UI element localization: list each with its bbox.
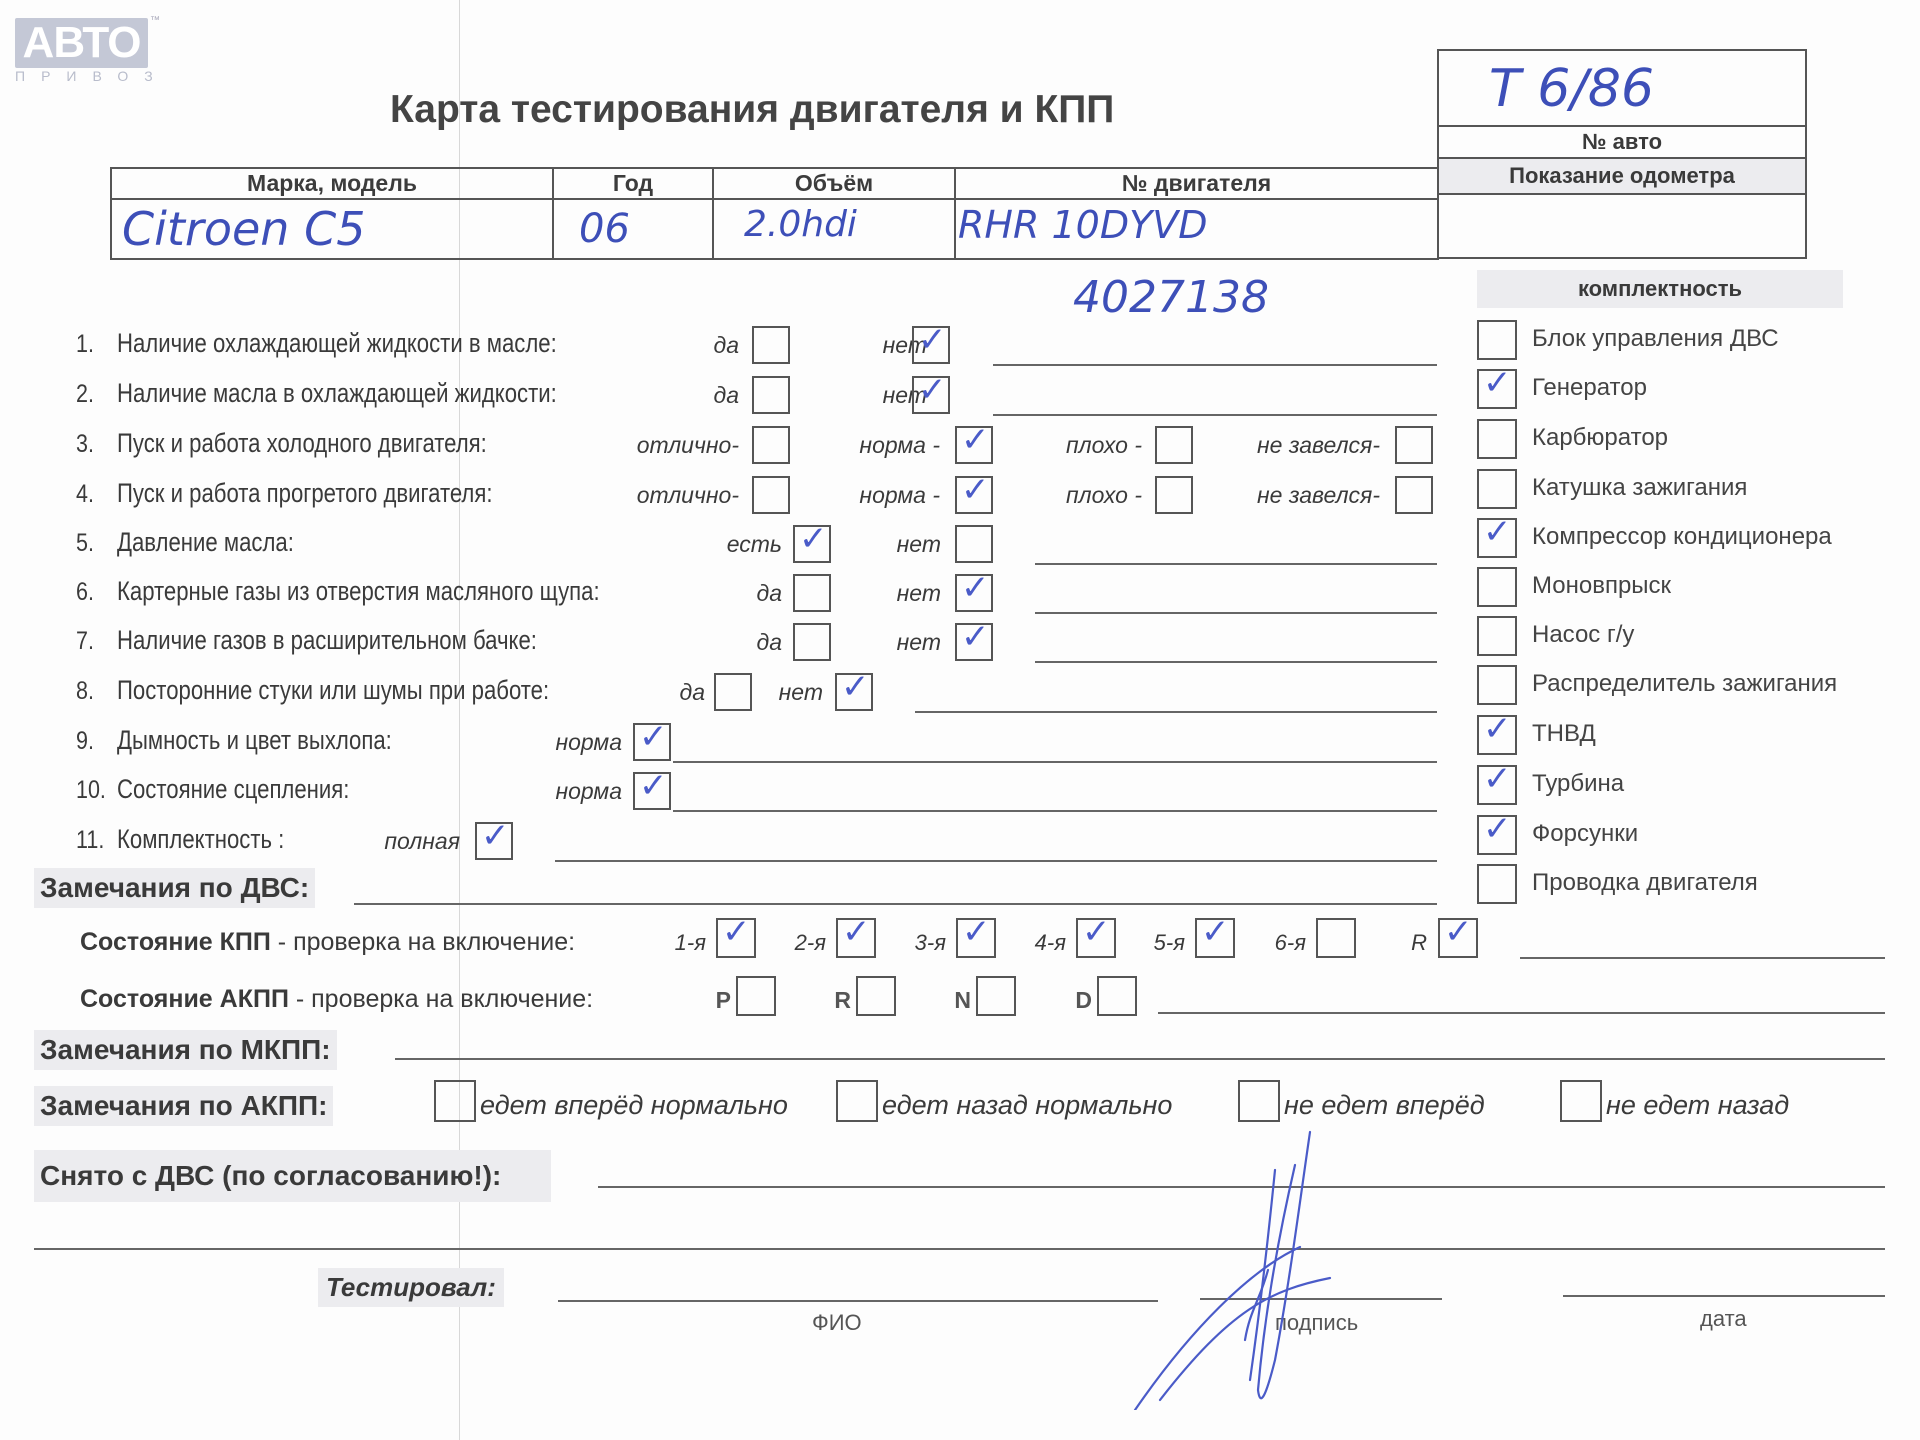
option-label: отлично- <box>584 482 739 509</box>
check-row: 10.Состояние сцепления:норма✓ <box>0 772 1450 812</box>
check-row: 8.Посторонние стуки или шумы при работе:… <box>0 673 1450 713</box>
gear-checkbox-4[interactable]: ✓ <box>1195 918 1235 958</box>
check-number: 6. <box>76 578 94 607</box>
date-caption: дата <box>1700 1306 1747 1332</box>
komplektnost-checkbox[interactable]: ✓ <box>1477 815 1517 855</box>
komplektnost-checkbox[interactable] <box>1477 419 1517 459</box>
check-question: Пуск и работа прогретого двигателя: <box>117 478 492 509</box>
gear-label: 6-я <box>1232 930 1306 956</box>
komplektnost-item[interactable]: ✓ТНВД <box>1477 715 1897 755</box>
checkbox-нет[interactable]: ✓ <box>955 574 993 612</box>
year-field[interactable]: 06 <box>554 200 712 258</box>
gear-checkbox-5[interactable] <box>1316 918 1356 958</box>
option-label: нет <box>786 531 941 558</box>
remarks-dvs-field[interactable] <box>354 903 1437 905</box>
remarks-mkpp-label: Замечания по МКПП: <box>34 1030 337 1070</box>
komplektnost-header: комплектность <box>1477 270 1843 308</box>
komplektnost-item[interactable]: Карбюратор <box>1477 419 1897 459</box>
option-label: да <box>627 580 782 607</box>
gear-checkbox-3[interactable]: ✓ <box>1076 918 1116 958</box>
checkmark-icon: ✓ <box>1483 709 1512 749</box>
komplektnost-label: Проводка двигателя <box>1532 869 1758 897</box>
mode-label: R <box>806 987 851 1014</box>
kpp-notes-field[interactable] <box>1520 957 1885 959</box>
option-label: да <box>584 382 739 409</box>
check-notes-field[interactable] <box>555 860 1437 862</box>
check-number: 1. <box>76 330 94 359</box>
akpp-remark-label: не едет назад <box>1606 1090 1789 1121</box>
checkmark-icon: ✓ <box>1444 912 1473 952</box>
column-header-make-model: Марка, модель <box>112 169 552 198</box>
komplektnost-label: Форсунки <box>1532 820 1638 848</box>
akpp-label: Состояние АКПП - проверка на включение: <box>80 985 593 1014</box>
akpp-remark-checkbox-1[interactable] <box>836 1080 878 1122</box>
page-title: Карта тестирования двигателя и КПП <box>390 88 1114 132</box>
checkmark-icon: ✓ <box>842 912 871 952</box>
komplektnost-checkbox[interactable] <box>1477 469 1517 509</box>
option-label: да <box>627 629 782 656</box>
komplektnost-label: ТНВД <box>1532 720 1596 748</box>
checkmark-icon: ✓ <box>639 717 668 757</box>
check-question: Состояние сцепления: <box>117 774 349 805</box>
check-question: Посторонние стуки или шумы при работе: <box>117 675 549 706</box>
check-row: 11.Комплектность :полная✓ <box>0 822 1450 862</box>
option-label: норма <box>467 778 622 805</box>
checkbox-нет[interactable]: ✓ <box>912 326 950 364</box>
option-label: нет <box>786 629 941 656</box>
komplektnost-label: Турбина <box>1532 770 1624 798</box>
logo: АВТО <box>15 18 148 68</box>
checkmark-icon: ✓ <box>1201 912 1230 952</box>
check-notes-field[interactable] <box>673 810 1437 812</box>
kpp-label: Состояние КПП - проверка на включение: <box>80 928 575 957</box>
vehicle-info-table: Марка, модель Год Объём № двигателя Citr… <box>110 167 1439 260</box>
option-label: полная <box>305 828 460 855</box>
checkbox-плохо[interactable] <box>1155 476 1193 514</box>
column-header-engine-number: № двигателя <box>956 169 1437 198</box>
komplektnost-checkbox[interactable]: ✓ <box>1477 765 1517 805</box>
komplektnost-item[interactable]: Катушка зажигания <box>1477 469 1897 509</box>
check-question: Дымность и цвет выхлопа: <box>117 725 392 756</box>
mode-label: N <box>926 987 971 1014</box>
column-header-volume: Объём <box>714 169 954 198</box>
check-question: Наличие масла в охлаждающей жидкости: <box>117 378 557 409</box>
akpp-mode-checkbox-0[interactable] <box>736 976 776 1016</box>
check-notes-field[interactable] <box>1035 661 1437 663</box>
logo-subtitle: ПРИВОЗ <box>15 68 169 84</box>
remarks-mkpp-field[interactable] <box>395 1058 1885 1060</box>
date-field[interactable] <box>1563 1295 1885 1297</box>
komplektnost-item[interactable]: ✓Форсунки <box>1477 815 1897 855</box>
check-question: Пуск и работа холодного двигателя: <box>117 428 487 459</box>
akpp-mode-checkbox-2[interactable] <box>976 976 1016 1016</box>
checkmark-icon: ✓ <box>961 617 990 657</box>
checkmark-icon: ✓ <box>481 816 510 856</box>
gear-label: 5-я <box>1111 930 1185 956</box>
gear-label: 3-я <box>872 930 946 956</box>
check-row: 1.Наличие охлаждающей жидкости в масле:д… <box>0 326 1450 366</box>
checkmark-icon: ✓ <box>961 470 990 510</box>
tested-by-label: Тестировал: <box>318 1268 504 1307</box>
akpp-remark-checkbox-3[interactable] <box>1560 1080 1602 1122</box>
signature-scribble <box>1100 1110 1420 1410</box>
checkmark-icon: ✓ <box>639 766 668 806</box>
komplektnost-item[interactable]: Распределитель зажигания <box>1477 665 1897 705</box>
checkbox-норма[interactable]: ✓ <box>633 723 671 761</box>
akpp-remark-checkbox-0[interactable] <box>434 1080 476 1122</box>
akpp-mode-checkbox-3[interactable] <box>1097 976 1137 1016</box>
option-label: плохо - <box>987 482 1142 509</box>
checkmark-icon: ✓ <box>1082 912 1111 952</box>
checkmark-icon: ✓ <box>962 912 991 952</box>
komplektnost-label: Компрессор кондиционера <box>1532 523 1832 551</box>
check-number: 9. <box>76 727 94 756</box>
volume-field[interactable]: 2.0hdi <box>714 200 954 258</box>
vehicle-number-field[interactable]: T 6/86 <box>1489 59 1654 119</box>
gear-label: 1-я <box>632 930 706 956</box>
checkmark-icon: ✓ <box>961 420 990 460</box>
checkbox-незавелся[interactable] <box>1395 426 1433 464</box>
komplektnost-checkbox[interactable] <box>1477 665 1517 705</box>
check-number: 7. <box>76 627 94 656</box>
komplektnost-item[interactable]: ✓Компрессор кондиционера <box>1477 518 1897 558</box>
checkbox-нет[interactable]: ✓ <box>835 673 873 711</box>
check-notes-field[interactable] <box>915 711 1437 713</box>
option-label: отлично- <box>584 432 739 459</box>
komplektnost-checkbox[interactable]: ✓ <box>1477 518 1517 558</box>
check-row: 6.Картерные газы из отверстия масляного … <box>0 574 1450 614</box>
checkbox-нет[interactable]: ✓ <box>955 623 993 661</box>
option-label: нет <box>772 382 927 409</box>
komplektnost-label: Распределитель зажигания <box>1532 670 1837 698</box>
checkmark-icon: ✓ <box>1483 363 1512 403</box>
check-notes-field[interactable] <box>993 414 1437 416</box>
checkmark-icon: ✓ <box>841 667 870 707</box>
logo-trademark: ™ <box>150 15 160 26</box>
check-notes-field[interactable] <box>673 761 1437 763</box>
check-question: Комплектность : <box>117 824 284 855</box>
komplektnost-item[interactable]: Проводка двигателя <box>1477 864 1897 904</box>
option-label: плохо - <box>987 432 1142 459</box>
option-label: норма - <box>785 482 940 509</box>
checkbox-незавелся[interactable] <box>1395 476 1433 514</box>
option-label: норма - <box>785 432 940 459</box>
komplektnost-checkbox[interactable]: ✓ <box>1477 715 1517 755</box>
gear-checkbox-6[interactable]: ✓ <box>1438 918 1478 958</box>
komplektnost-checkbox[interactable] <box>1477 567 1517 607</box>
check-number: 4. <box>76 480 94 509</box>
komplektnost-checkbox[interactable] <box>1477 320 1517 360</box>
komplektnost-label: Насос г/у <box>1532 621 1634 649</box>
check-number: 5. <box>76 529 94 558</box>
check-question: Давление масла: <box>117 527 294 558</box>
komplektnost-item[interactable]: ✓Генератор <box>1477 369 1897 409</box>
check-notes-field[interactable] <box>1035 563 1437 565</box>
column-header-year: Год <box>554 169 712 198</box>
check-question: Картерные газы из отверстия масляного щу… <box>117 576 600 607</box>
checkmark-icon: ✓ <box>961 568 990 608</box>
komplektnost-label: Карбюратор <box>1532 424 1668 452</box>
option-label: нет <box>668 679 823 706</box>
fio-caption: ФИО <box>812 1310 862 1336</box>
komplektnost-item[interactable]: Насос г/у <box>1477 616 1897 656</box>
checkmark-icon: ✓ <box>918 370 947 410</box>
checkmark-icon: ✓ <box>722 912 751 952</box>
removed-label: Снято с ДВС (по согласованию!): <box>34 1150 551 1202</box>
engine-number-field[interactable]: RHR 10DYVD <box>956 200 1437 258</box>
checkbox-нет[interactable] <box>955 525 993 563</box>
komplektnost-checkbox[interactable]: ✓ <box>1477 369 1517 409</box>
option-label: есть <box>627 531 782 558</box>
akpp-remark-label: едет вперёд нормально <box>480 1090 788 1121</box>
komplektnost-checkbox[interactable] <box>1477 864 1517 904</box>
check-notes-field[interactable] <box>1035 612 1437 614</box>
komplektnost-item[interactable]: Блок управления ДВС <box>1477 320 1897 360</box>
checkmark-icon: ✓ <box>1483 759 1512 799</box>
option-label: нет <box>786 580 941 607</box>
checkbox-плохо[interactable] <box>1155 426 1193 464</box>
make-model-field[interactable]: Citroen C5 <box>112 200 552 258</box>
gear-label: R <box>1353 930 1427 956</box>
vehicle-number-label: № авто <box>1439 129 1805 155</box>
akpp-notes-field[interactable] <box>1158 1012 1885 1014</box>
check-number: 8. <box>76 677 94 706</box>
komplektnost-label: Катушка зажигания <box>1532 474 1747 502</box>
option-label: нет <box>772 332 927 359</box>
check-row: 2.Наличие масла в охлаждающей жидкости:д… <box>0 376 1450 416</box>
removed-field-line2[interactable] <box>34 1248 1885 1250</box>
komplektnost-label: Блок управления ДВС <box>1532 325 1779 353</box>
gear-label: 2-я <box>752 930 826 956</box>
mode-label: D <box>1047 987 1092 1014</box>
komplektnost-label: Моновпрыск <box>1532 572 1671 600</box>
check-number: 10. <box>76 776 106 805</box>
komplektnost-item[interactable]: ✓Турбина <box>1477 765 1897 805</box>
option-label: не завелся- <box>1225 432 1380 459</box>
option-label: да <box>584 332 739 359</box>
checkbox-норма[interactable]: ✓ <box>633 772 671 810</box>
check-row: 9.Дымность и цвет выхлопа:норма✓ <box>0 723 1450 763</box>
komplektnost-checkbox[interactable] <box>1477 616 1517 656</box>
check-row: 3.Пуск и работа холодного двигателя:отли… <box>0 426 1450 466</box>
check-row: 7.Наличие газов в расширительном бачке:д… <box>0 623 1450 663</box>
gear-checkbox-2[interactable]: ✓ <box>956 918 996 958</box>
check-number: 2. <box>76 380 94 409</box>
remarks-akpp-label: Замечания по АКПП: <box>34 1086 333 1126</box>
gear-label: 4-я <box>992 930 1066 956</box>
odometer-field[interactable] <box>1439 195 1805 255</box>
komplektnost-item[interactable]: Моновпрыск <box>1477 567 1897 607</box>
vehicle-number-box: T 6/86 № авто Показание одометра <box>1437 49 1807 259</box>
gear-checkbox-0[interactable]: ✓ <box>716 918 756 958</box>
option-label: норма <box>467 729 622 756</box>
mode-label: P <box>686 987 731 1014</box>
check-question: Наличие охлаждающей жидкости в масле: <box>117 328 557 359</box>
odometer-label: Показание одометра <box>1439 159 1805 193</box>
checkmark-icon: ✓ <box>1483 809 1512 849</box>
komplektnost-label: Генератор <box>1532 374 1647 402</box>
checkmark-icon: ✓ <box>1483 512 1512 552</box>
check-question: Наличие газов в расширительном бачке: <box>117 625 537 656</box>
checkbox-нет[interactable]: ✓ <box>912 376 950 414</box>
engine-number-extra: 4027138 <box>1073 272 1269 323</box>
check-notes-field[interactable] <box>993 364 1437 366</box>
fio-field[interactable] <box>558 1300 1158 1302</box>
remarks-dvs-label: Замечания по ДВС: <box>34 868 315 908</box>
checkmark-icon: ✓ <box>918 320 947 360</box>
option-label: не завелся- <box>1225 482 1380 509</box>
gear-checkbox-1[interactable]: ✓ <box>836 918 876 958</box>
check-number: 3. <box>76 430 94 459</box>
check-number: 11. <box>76 826 104 855</box>
akpp-mode-checkbox-1[interactable] <box>856 976 896 1016</box>
check-row: 5.Давление масла:есть✓нет <box>0 525 1450 565</box>
checkbox-полная[interactable]: ✓ <box>475 822 513 860</box>
check-row: 4.Пуск и работа прогретого двигателя:отл… <box>0 476 1450 516</box>
